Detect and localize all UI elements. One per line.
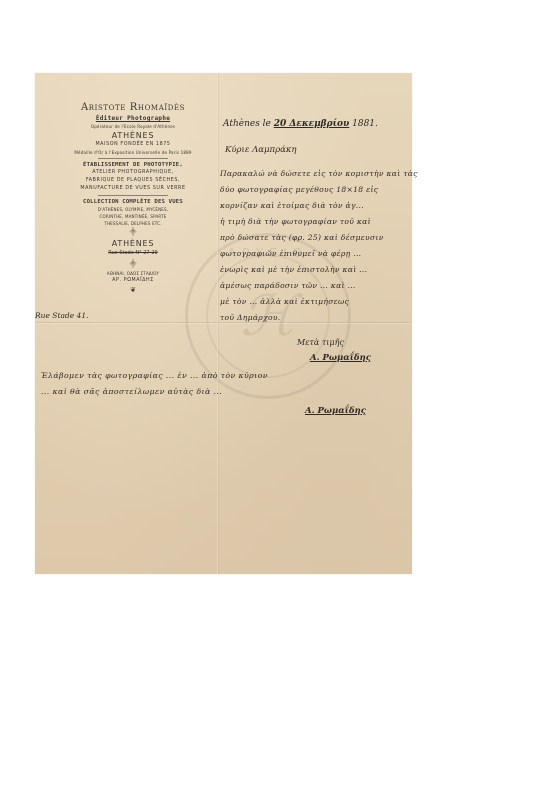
body-line: φωτογραφιῶν ἐπιθυμεῖ νὰ φέρῃ ... bbox=[220, 249, 361, 258]
body-line: ἐνωρὶς καὶ μὲ τὴν ἐπιστολὴν καὶ ... bbox=[220, 265, 367, 274]
body-line: δύο φωτογραφίας μεγέθους 18×18 εἰς bbox=[220, 185, 378, 194]
body-line: κορνίζαν καὶ ἑτοίμας διὰ τὸν ἀγ... bbox=[220, 201, 364, 210]
letterhead-struck-address: Rue Stade N° 27-29 bbox=[43, 251, 223, 256]
letter-paper: ΑΡΧΕΙΟ ℋ Aristote Rhomaïdès Éditeur Phot… bbox=[35, 73, 412, 574]
printed-letterhead: Aristote Rhomaïdès Éditeur Photographe O… bbox=[43, 103, 223, 298]
dateline: Athènes le 20 Δεκεμβρίου 1881. bbox=[223, 119, 378, 129]
dateline-place: Athènes le bbox=[223, 119, 271, 129]
letterhead-founded: MAISON FONDÉE EN 1875 bbox=[43, 143, 223, 148]
letterhead-name: Aristote Rhomaïdès bbox=[43, 103, 223, 113]
body-line: ἡ τιμὴ διὰ τὴν φωτογραφίαν τοῦ καὶ bbox=[220, 217, 371, 226]
letterhead-collection: COLLECTION COMPLÈTE DES VUES bbox=[43, 200, 223, 206]
body-line: πρὸ δώσατε τὰς (φρ. 25) καὶ δέσμευσιν bbox=[220, 233, 384, 242]
letterhead-divider bbox=[98, 158, 168, 159]
body-line: Παρακαλώ νὰ δώσετε εἰς τὸν κομιστὴν καὶ … bbox=[220, 169, 418, 178]
postscript-line: Ἐλάβομεν τὰς φωτογραφίας ... ἐν ... ἀπὸ … bbox=[41, 371, 268, 380]
letterhead-greek-address: ΑΘΗΝΑΙ, ΟΔΟΣ ΣΤΑΔΙΟΥ bbox=[43, 272, 223, 276]
letterhead-factory: FABRIQUE DE PLAQUES SÈCHES, bbox=[43, 179, 223, 184]
letterhead-greek-name: ΑΡ. ΡΩΜΑΪΔΗΣ bbox=[43, 279, 223, 284]
letterhead-line3: Opérateur de l'Ecole Royale d'Athènes bbox=[43, 125, 223, 129]
ornament-divider-icon: ⸎ bbox=[43, 261, 223, 268]
letterhead-title: Éditeur Photographe bbox=[43, 116, 223, 122]
letterhead-city: ATHÈNES bbox=[43, 132, 223, 140]
closing: Μετὰ τιμῆς bbox=[297, 338, 344, 347]
letterhead-places-3: THESSALIE, DELPHES ETC. bbox=[43, 222, 223, 226]
letterhead-divider bbox=[98, 195, 168, 196]
date-year: 1881. bbox=[352, 119, 378, 129]
postscript-line: ... καὶ θὰ σᾶς ἀποστείλωμεν αὐτὰς διὰ ..… bbox=[41, 387, 222, 396]
letterhead-city-2: ATHÈNES bbox=[43, 240, 223, 248]
letterhead-places-1: D'ATHÈNES, OLYMPIE, MYCÈNES, bbox=[43, 208, 223, 212]
date-day-month: 20 Δεκεμβρίου bbox=[274, 119, 349, 129]
horizontal-fold-line bbox=[35, 322, 412, 324]
signature: Α. Ρωμαΐδης bbox=[310, 353, 371, 363]
letterhead-manufacture: MANUFACTURE DE VUES SUR VERRE bbox=[43, 187, 223, 192]
letterhead-places-2: CORINTHE, MANTINÉE, SPARTE bbox=[43, 215, 223, 219]
body-line: ἀμέσως παράδοσιν τῶν ... καὶ ... bbox=[220, 281, 356, 290]
floral-ornament-icon: ❦ bbox=[43, 287, 223, 294]
letterhead-establishment: ÉTABLISSEMENT DE PHOTOTYPIE, bbox=[43, 163, 223, 169]
body-line: τοῦ Δημάρχου. bbox=[220, 313, 280, 322]
body-line: μὲ τὸν ... ἀλλὰ καὶ ἐκτιμήσεως bbox=[220, 297, 349, 306]
handwritten-address-note: Rue Stade 41. bbox=[35, 311, 88, 320]
postscript-signature: Α. Ρωμαΐδης bbox=[305, 406, 366, 416]
letterhead-medal: Médaille d'Or à l'Exposition Universelle… bbox=[43, 151, 223, 155]
letterhead-atelier: ATELIER PHOTOGRAPHIQUE, bbox=[43, 171, 223, 176]
ornament-divider-icon: ⸎ bbox=[43, 229, 223, 236]
salutation: Κύριε Λαμπράκη bbox=[225, 145, 297, 155]
